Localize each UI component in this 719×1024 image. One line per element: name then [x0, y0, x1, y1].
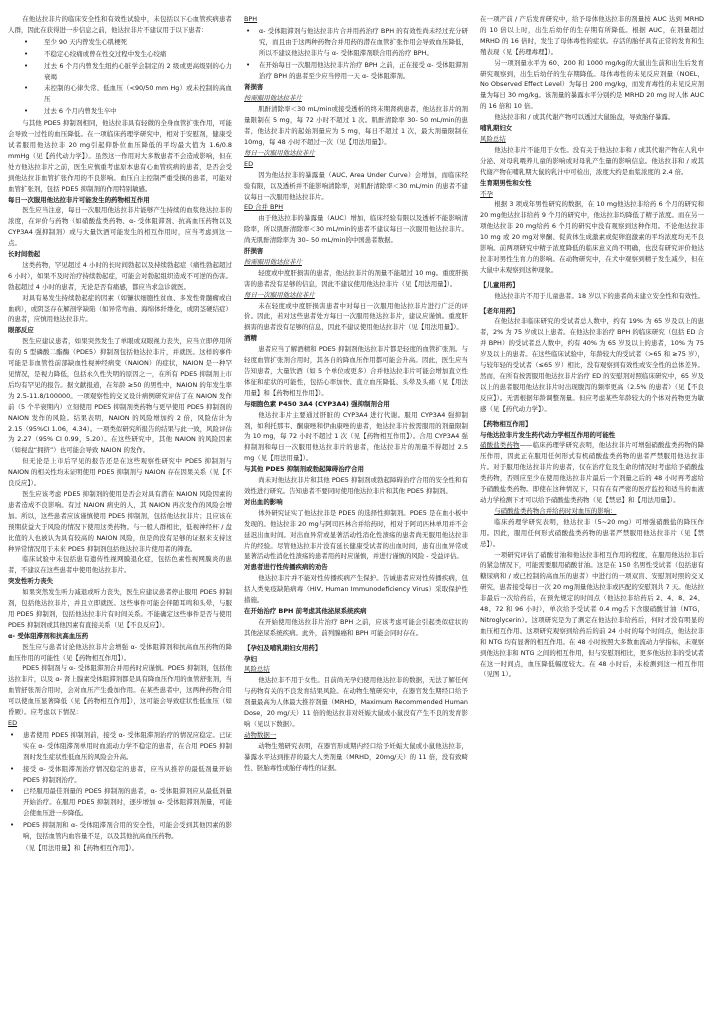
paragraph: 与其他 PDE5 抑制剂相同，他达拉非具有轻微的全身血管扩张作用，可能会导致一过… — [8, 118, 232, 194]
subheading: 与硝酸盐类药物合并给药时对血压的影响： — [480, 506, 704, 517]
cross-reference-note: （见【用法用量】和【药物相互作用】）。 — [8, 843, 232, 854]
paragraph: 轻度或中度肝损害的患者，他达拉非片的剂量不能超过 10 mg。重度肝损害的患者没… — [244, 268, 468, 290]
paragraph: 在他达拉非临床研究的受试者总人数中，约有 19% 为 65 岁及以上的患者，2%… — [480, 316, 704, 414]
section-heading: α- 受体阻滞剂和抗高血压药 — [8, 631, 232, 642]
paragraph: 他达拉非和 / 或其代谢产物可以透过大鼠胎盘，导致胎仔暴露。 — [480, 112, 704, 123]
paragraph: 在他达拉非片的临床安全性和有效性试验中，未包括以下心血管疾病患者人群，因此在获得… — [8, 14, 232, 36]
nitrates-lead-term: 硝酸盐类药物 — [480, 441, 520, 449]
paragraph: 医生应与患者讨论他达拉非片会增强 α- 受体阻滞剂和抗高血压药物的降血压作用的可… — [8, 642, 232, 664]
paragraph: 但无论是上市后罕见的报告还是在这些观察性研究中 PDE5 抑制剂与 NAION … — [8, 456, 232, 489]
section-heading: 肝损害 — [244, 246, 468, 257]
subheading: 不孕 — [480, 189, 704, 200]
section-heading: 与细胞色素 P450 3A4 (CYP3A4) 强抑制剂合用 — [244, 399, 468, 410]
subheading: ED — [8, 718, 232, 729]
paragraph: 他达拉非片不能用于女性。没有关于他达拉非和 / 或其代谢产物在人乳中分泌、对母乳… — [480, 145, 704, 178]
paragraph: 尚未对他达拉非片和其他 PDE5 抑制剂或勃起障碍治疗合用的安全性和有效性进行研… — [244, 475, 468, 497]
paragraph: 医生应建议患者，如果突然发生了单眼或双眼视力丧失，应当立即停用所有的 5 型磷酸… — [8, 336, 232, 456]
paragraph: 一项研究评估了硝酸甘油和他达拉非相互作用的程度，在服用他达拉非后的紧急情况下，可… — [480, 550, 704, 681]
paragraph: 对具有易发生持续勃起症的因素（如镰状细胞性贫血、多发性骨髓瘤或白血病），或阴茎存… — [8, 293, 232, 326]
list-item: 患者使用 PDE5 抑制剂前，接受 α- 受体阻滞剂治疗的情况应稳定。已证实在 … — [8, 730, 232, 763]
paragraph-text: ——临床药理学研究表明，他达拉非片可增强硝酸盐类药物的降压作用，因此正在服用任何… — [480, 441, 704, 504]
chapter-heading-pediatric: 【儿童用药】 — [480, 280, 704, 291]
paragraph: 医生应该考虑 PDE5 抑制剂的使用是否会对具有潜在 NAION 风险因素的患者… — [8, 489, 232, 554]
chapter-heading-drug-interactions: 【药物相互作用】 — [480, 419, 704, 430]
list-item: 不稳定心绞痛或曾在性交过程中发生心绞痛 — [8, 49, 232, 60]
paragraph: 这类药物，罕见超过 4 小时的长时间勃起以及持续勃起症（痛性勃起超过 6 小时）… — [8, 260, 232, 293]
subheading: 动物数据一 — [244, 730, 468, 741]
chapter-heading-geriatric: 【老年用药】 — [480, 306, 704, 317]
list-item: 未控制的心律失常、低血压（<90/50 mm Hg）或未控制的高血压 — [8, 83, 232, 105]
list-item: 过去 6 个月内曾发生卒中 — [8, 106, 232, 117]
subheading-text: 与硝酸盐类药物合并给药时对血压的影响： — [494, 507, 616, 515]
subheading-italic: 按需服用他达拉非片 — [244, 257, 468, 268]
section-heading: 肾损害 — [244, 82, 468, 93]
list-item: 过去 6 个月内曾发生纽约心脏学会制定的 2 级或更高级别的心力衰竭 — [8, 61, 232, 83]
paragraph: PDE5 抑制剂与 α- 受体阻滞剂合并用药时应谨慎。PDE5 抑制剂，包括他达… — [8, 663, 232, 718]
paragraph: 在开始使用他达拉非片治疗 BPH 之前，应该考虑可能会引起类似症状的其他泌尿系统… — [244, 617, 468, 639]
section-heading: 长时间勃起 — [8, 249, 232, 260]
paragraph: 肌酐清除率＜30 mL/min或接受透析的终末期肾病患者，他达拉非片的剂量限制在… — [244, 104, 468, 148]
list-item: 接受 α- 受体阻滞剂治疗情况稳定的患者，应当从推荐的最低剂量开始 PDE5 抑… — [8, 764, 232, 786]
subheading: ED 合并 BPH — [244, 202, 468, 213]
paragraph: 他达拉非片并不能对性传播疾病产生保护。告诫患者应对性传播疾病，包括人类免疫缺陷病… — [244, 573, 468, 606]
paragraph: 临床试验中未包括患有遗传性视网膜退化症，包括色素性视网膜炎的患者，不建议在这些患… — [8, 554, 232, 576]
bullet-list-ed: 患者使用 PDE5 抑制剂前，接受 α- 受体阻滞剂治疗的情况应稳定。已证实在 … — [8, 730, 232, 842]
paragraph: 体外研究证实了他达拉非是 PDE5 的选择性抑制剂。PDE5 是在血小板中发现的… — [244, 508, 468, 563]
paragraph: 患者应当了解酒精和 PDE5 抑制剂他达拉非片都是轻度的血管扩张剂。与轻度血管扩… — [244, 344, 468, 399]
section-heading: 每日一次服用他达拉非片可能发生的药物相互作用 — [8, 195, 232, 206]
section-heading: 对出血的影响 — [244, 497, 468, 508]
chapter-heading-pregnancy-lactation: 【孕妇及哺乳期妇女用药】 — [244, 643, 468, 654]
section-heading: 与他达拉非片发生药代动力学相互作用的可能性 — [480, 430, 704, 441]
section-heading: 眼部反应 — [8, 325, 232, 336]
bullet-list-bph: α- 受体阻滞剂与他达拉非片合并用药治疗 BPH 的有效性尚未经过充分研究，而且… — [244, 26, 468, 82]
paragraph: 如果突然发生听力减退或听力丧失，医生应建议患者停止服用 PDE5 抑制剂，包括他… — [8, 587, 232, 631]
bullet-list-excluded-populations: 至少 90 天内曾发生心肌梗死 不稳定心绞痛或曾在性交过程中发生心绞痛 过去 6… — [8, 37, 232, 117]
paragraph: 由于他达拉非的暴露量（AUC）增加，临床经验有限以及透析不能影响清除率，所以肌酐… — [244, 213, 468, 246]
document-page: 在他达拉非片的临床安全性和有效性试验中，未包括以下心血管疾病患者人群，因此在获得… — [0, 0, 719, 1024]
paragraph: 动物生殖研究表明，在器官形成期内经口给予妊娠大鼠或小鼠他达拉非，暴露水平达到推荐… — [244, 741, 468, 774]
list-item: α- 受体阻滞剂与他达拉非片合并用药治疗 BPH 的有效性尚未经过充分研究，而且… — [244, 26, 468, 59]
paragraph: 另一项剂量水平为 60、200 和 1000 mg/kg的大鼠出生前和出生后发育… — [480, 58, 704, 113]
column-left: 在他达拉非片的临床安全性和有效性试验中，未包括以下心血管疾病患者人群，因此在获得… — [8, 14, 232, 1024]
subheading-italic: 按需服用他达拉非片 — [244, 93, 468, 104]
section-heading: 生育期男性和女性 — [480, 178, 704, 189]
subheading-italic: 每日一次服用他达拉非片 — [244, 290, 468, 301]
section-heading: 与其他 PDE5 抑制剂或勃起障碍治疗合用 — [244, 464, 468, 475]
paragraph: 临床药理学研究表明，他达拉非（5~20 mg）可增强硝酸盐的降压作用。因此，服用… — [480, 517, 704, 550]
paragraph: 他达拉非片不用于儿童患者。18 岁以下的患者尚未建立安全性和有效性。 — [480, 291, 704, 302]
subheading: ED — [244, 159, 468, 170]
paragraph: 因为他达拉非的暴露量（AUC, Area Under Curve）会增加，而临床… — [244, 170, 468, 203]
section-heading: 酒精 — [244, 333, 468, 344]
section-heading: 对患者进行性传播疾病的劝告 — [244, 562, 468, 573]
section-heading: 突发性听力丧失 — [8, 576, 232, 587]
section-heading: 在开始治疗 BPH 前考虑其他泌尿系统疾病 — [244, 606, 468, 617]
paragraph: 在一项产前 / 产后发育研究中，给予母体他达拉非的剂量按 AUC 达到 MRHD… — [480, 14, 704, 58]
subheading-italic: 每日一次服用他达拉非片 — [244, 148, 468, 159]
list-item: 至少 90 天内曾发生心肌梗死 — [8, 37, 232, 48]
column-middle: BPH α- 受体阻滞剂与他达拉非片合并用药治疗 BPH 的有效性尚未经过充分研… — [244, 14, 468, 1024]
paragraph: 医生应当注意，每日一次服用他达拉非片能够产生持续的血浆他达拉非的浓度，在评价与药… — [8, 205, 232, 249]
column-right: 在一项产前 / 产后发育研究中，给予母体他达拉非的剂量按 AUC 达到 MRHD… — [480, 14, 704, 1024]
paragraph: 他达拉非不用于女性。目前尚无孕妇使用他达拉非的数据，无法了解任何与药物有关的不良… — [244, 675, 468, 730]
paragraph: 他达拉非片主要通过肝脏的 CYP3A4 进行代谢。服用 CYP3A4 强抑制剂，… — [244, 410, 468, 465]
section-heading: 哺乳期妇女 — [480, 123, 704, 134]
subheading: 风险总结 — [244, 664, 468, 675]
list-item: 已经服用最佳剂量的 PDE5 抑制剂的患者，α- 受体阻滞剂应从最低剂量开始治疗… — [8, 786, 232, 819]
paragraph-nitrates: 硝酸盐类药物——临床药理学研究表明，他达拉非片可增强硝酸盐类药物的降压作用，因此… — [480, 440, 704, 505]
paragraph: 未在轻度或中度肝损害患者中对每日一次服用他达拉非片进行广泛的评价。因此，若对这些… — [244, 301, 468, 334]
section-heading: 孕妇 — [244, 654, 468, 665]
paragraph: 根据 3 项成年男性研究的数据，在 10 mg他达拉非给药 6 个月的研究和 2… — [480, 199, 704, 275]
subheading: 风险总结 — [480, 134, 704, 145]
list-item: 在开始每日一次服用他达拉非片治疗 BPH 之前，正在接受 α- 受体阻滞剂治疗 … — [244, 60, 468, 82]
list-item: PDE5 抑制剂和 α- 受体阻滞剂合用的安全性，可能会受到其他因素的影响，包括… — [8, 820, 232, 842]
subheading: BPH — [244, 14, 468, 25]
